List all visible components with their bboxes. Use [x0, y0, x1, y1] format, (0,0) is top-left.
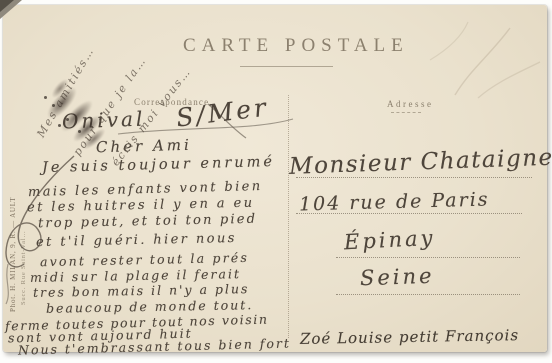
postcard-scan: CARTE POSTALE Correspondance Adresse Mon…: [0, 0, 552, 363]
flourish-strokes: [0, 0, 552, 363]
